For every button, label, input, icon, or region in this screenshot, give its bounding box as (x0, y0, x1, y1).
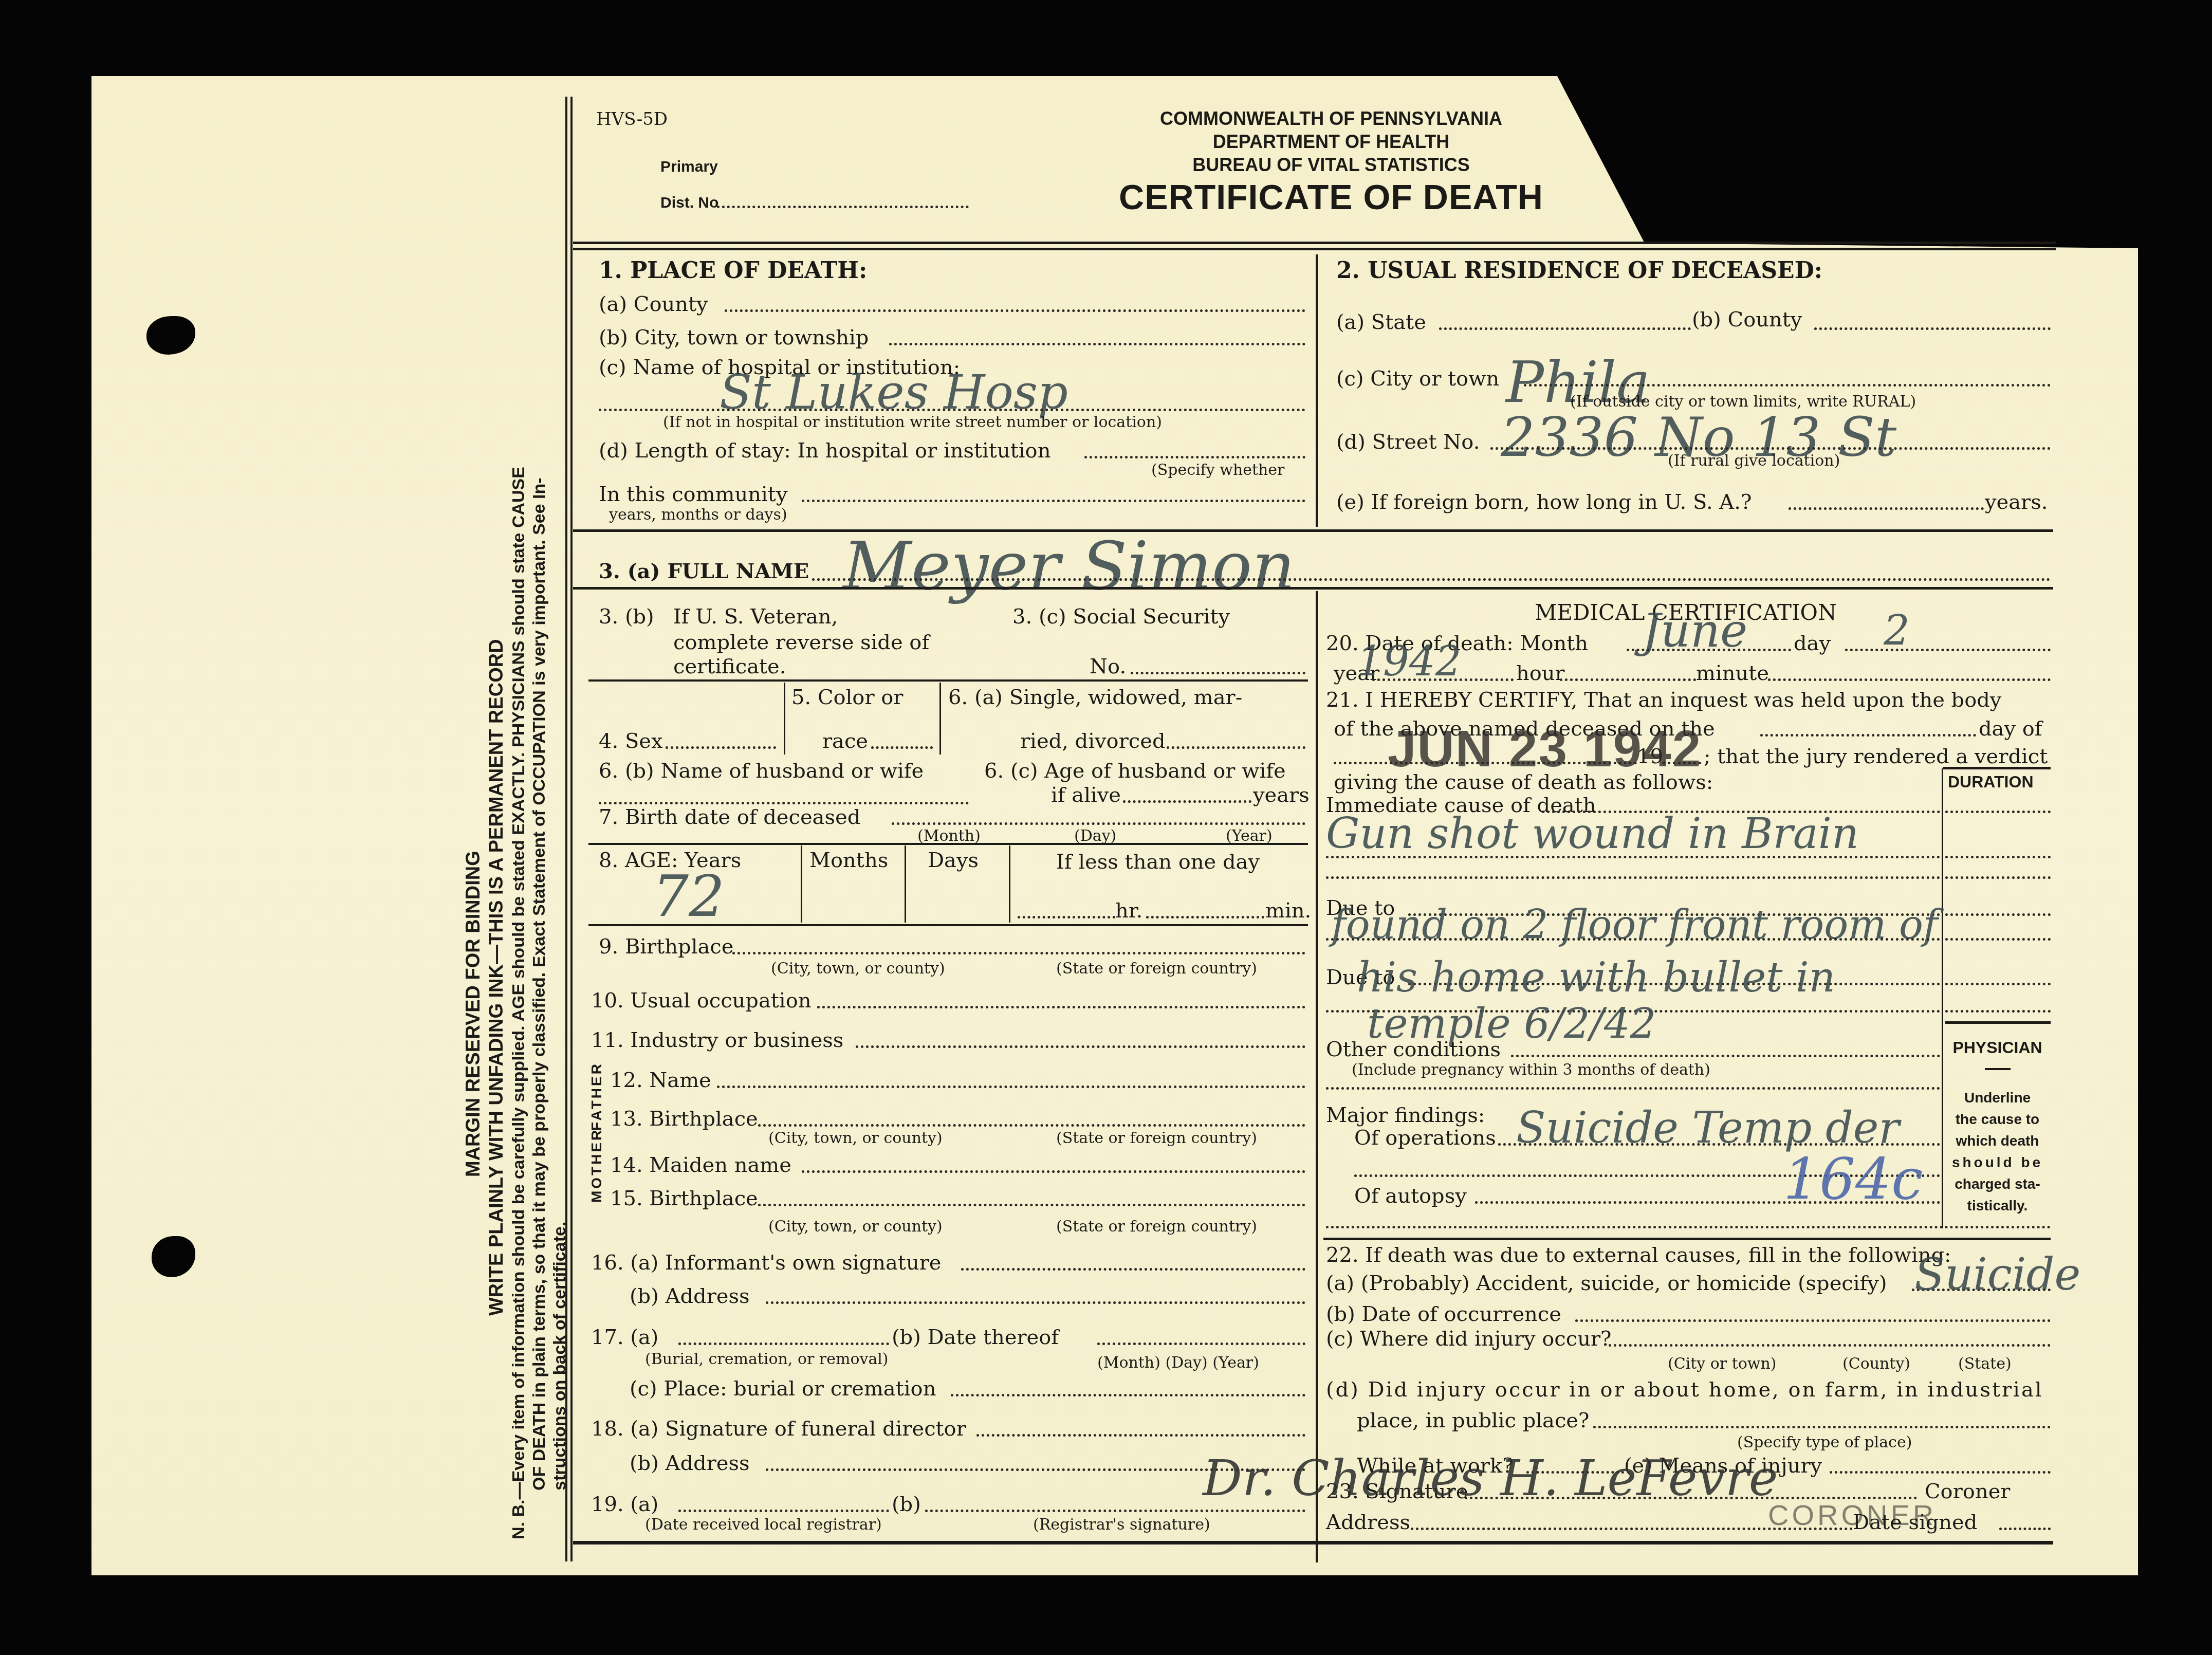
mother-birth-state-note: (State or foreign country) (1056, 1218, 1257, 1236)
spouse-age-field[interactable] (1123, 800, 1251, 803)
specify-place-note: (Specify type of place) (1737, 1434, 1912, 1451)
foreign-field[interactable] (1789, 507, 1984, 510)
external-d-label-2: place, in public place? (1357, 1409, 1589, 1432)
header-rule-2 (573, 248, 2056, 250)
injury-state-note: (State) (1958, 1355, 2012, 1373)
physician-label: PHYSICIAN (1944, 1038, 2051, 1057)
hospital-note: (If not in hospital or institution write… (663, 414, 1162, 431)
spouse-years: years (1253, 784, 1310, 806)
hr-field[interactable] (1018, 916, 1115, 918)
mother-birth-city-note: (City, town, or county) (768, 1218, 943, 1236)
birthplace-city-note: (City, town, or county) (771, 960, 945, 978)
industry-label: 11. Industry or business (591, 1029, 843, 1052)
received-date-stamp: JUN 23 1942 (1388, 720, 1702, 779)
operations-label: Of operations (1354, 1127, 1496, 1149)
months-label: Months (809, 849, 888, 872)
form-code: HVS-5D (596, 108, 668, 131)
hour-label: hour (1516, 662, 1565, 685)
external-a-value: Suicide (1914, 1249, 2080, 1300)
res-county-field[interactable] (1814, 327, 2051, 330)
full-name-field[interactable] (812, 578, 2051, 581)
agency-line-3: BUREAU OF VITAL STATISTICS (1105, 154, 1557, 176)
column-divider-top (1316, 254, 1318, 527)
mother-birthplace-label: 15. Birthplace (610, 1187, 758, 1210)
birthplace-label: 9. Birthplace (599, 935, 733, 958)
burial-mdy-note: (Month) (Day) (Year) (1097, 1354, 1259, 1372)
external-c-label: (c) Where did injury occur? (1326, 1328, 1611, 1350)
community-field[interactable] (802, 500, 1305, 502)
autopsy-field-2[interactable] (1326, 1226, 2051, 1228)
funeral-director-label: 18. (a) Signature of funeral director (591, 1418, 966, 1440)
birth-day-note: (Day) (1074, 827, 1116, 845)
burial-date-field[interactable] (1097, 1343, 1305, 1345)
birth-month-note: (Month) (917, 827, 981, 845)
community-label: In this community (599, 483, 787, 506)
spouse-name-label: 6. (b) Name of husband or wife (599, 760, 924, 782)
date-signed-label: Date signed (1853, 1511, 1977, 1534)
page-title: CERTIFICATE OF DEATH (1079, 177, 1583, 217)
physician-top-rule (1945, 1021, 2051, 1024)
underline-note-line-1: Underline (1944, 1087, 2051, 1109)
external-c-field[interactable] (1609, 1344, 2051, 1347)
father-tag: FATHER (588, 1062, 605, 1131)
father-birthplace-field[interactable] (758, 1124, 1305, 1127)
form-left-border-inner (570, 97, 573, 1561)
other-conditions-field[interactable] (1511, 1055, 1940, 1057)
funeral-address-label: (b) Address (630, 1452, 749, 1475)
injury-city-note: (City or town) (1668, 1355, 1777, 1373)
day-label: day (1794, 632, 1831, 655)
veteran-number: 3. (b) (599, 605, 654, 628)
mother-maiden-field[interactable] (802, 1170, 1305, 1173)
immediate-duration-field[interactable] (1945, 811, 2051, 813)
mother-maiden-label: 14. Maiden name (610, 1154, 791, 1176)
other-conditions-note: (Include pregnancy within 3 months of de… (1352, 1061, 1710, 1079)
dist-no-field[interactable] (717, 206, 969, 208)
external-a-label: (a) (Probably) Accident, suicide, or hom… (1326, 1272, 1887, 1295)
father-birth-state-note: (State or foreign country) (1056, 1130, 1257, 1147)
divider-years (801, 845, 802, 923)
death-minute-field[interactable] (1768, 678, 2051, 681)
signature-value: Dr. Charles H. LeFevre (1203, 1449, 1778, 1507)
divider-days (1009, 845, 1010, 923)
birth-date-field[interactable] (892, 822, 1305, 825)
sex-label: 4. Sex (599, 730, 663, 752)
foreign-suffix: years. (1985, 491, 2048, 513)
rule-external-top (1323, 1238, 2051, 1240)
veteran-line-2: complete reverse side of (673, 631, 929, 654)
days-label: Days (928, 849, 979, 872)
registrar-date-field[interactable] (678, 1510, 889, 1512)
county-label: (a) County (599, 293, 708, 316)
underline-note-line-2: the cause to (1944, 1109, 2051, 1130)
color-label-2: race (822, 730, 868, 752)
min-field[interactable] (1146, 916, 1264, 918)
external-heading: 22. If death was due to external causes,… (1326, 1244, 1951, 1266)
mother-tag: MOTHER (588, 1128, 605, 1203)
other-conditions-field-2[interactable] (1326, 1087, 1940, 1090)
registrar-date-note: (Date received local registrar) (645, 1516, 882, 1534)
due-to-value-1: found on 2 floor front room of (1331, 902, 1938, 948)
external-d-label: (d) Did injury occur in or about home, o… (1326, 1378, 2043, 1401)
birth-year-note: (Year) (1226, 827, 1273, 845)
underline-note: Underline the cause to which death shoul… (1944, 1087, 2051, 1217)
father-name-field[interactable] (717, 1086, 1305, 1088)
other-conditions-label: Other conditions (1326, 1038, 1501, 1061)
dist-no-label: Dist. No (660, 194, 718, 212)
inquest-day-field[interactable] (1760, 734, 1976, 737)
min-label: min. (1265, 899, 1311, 922)
occupation-label: 10. Usual occupation (591, 989, 812, 1012)
underline-note-line-5: charged sta- (1944, 1173, 2051, 1195)
mother-birthplace-field[interactable] (758, 1204, 1305, 1206)
registrar-signature-note: (Registrar's signature) (1033, 1516, 1210, 1534)
immediate-cause-value: Gun shot wound in Brain (1326, 810, 1859, 858)
external-b-label: (b) Date of occurrence (1326, 1303, 1561, 1326)
margin-reserved-note: MARGIN RESERVED FOR BINDING (463, 851, 485, 1177)
immediate-duration-field-2[interactable] (1945, 856, 2051, 858)
coroner-address-field[interactable] (1411, 1528, 1853, 1530)
birth-date-label: 7. Birth date of deceased (599, 806, 860, 829)
death-month-field[interactable] (1627, 649, 1791, 651)
age-value: 72 (653, 863, 725, 929)
street-note: (If rural give location) (1668, 452, 1840, 470)
due-to-duration-1b[interactable] (1945, 938, 2051, 941)
spouse-age-line-2: if alive (1051, 784, 1121, 806)
death-hour-field[interactable] (1560, 678, 1696, 681)
father-birth-city-note: (City, town, or county) (768, 1130, 943, 1147)
father-birthplace-label: 13. Birthplace (610, 1108, 758, 1130)
primary-label: Primary (660, 158, 718, 176)
certify-line-1: 21. I HEREBY CERTIFY, That an inquest wa… (1326, 689, 2001, 711)
birthplace-state-note: (State or foreign country) (1056, 960, 1257, 978)
marital-label-1: 6. (a) Single, widowed, mar- (948, 686, 1242, 709)
margin-nb-line1: N. B.—Every item of information should b… (509, 467, 529, 1539)
form-left-border (565, 97, 567, 1561)
place-of-death-heading: 1. PLACE OF DEATH: (599, 260, 867, 282)
underline-note-line-3: which death (1944, 1130, 2051, 1152)
res-city-label: (c) City or town (1336, 367, 1499, 390)
duration-label: DURATION (1948, 773, 2034, 792)
informant-field[interactable] (961, 1268, 1305, 1271)
funeral-director-field[interactable] (976, 1434, 1305, 1437)
city-label: (b) City, town or township (599, 326, 869, 349)
street-field[interactable] (1490, 447, 2051, 450)
full-name-value: Meyer Simon (843, 527, 1295, 605)
section-rule-name-bottom (573, 587, 2053, 590)
community-note: years, months or days) (609, 506, 787, 524)
duration-divider (1942, 768, 1943, 1228)
foreign-label: (e) If foreign born, how long in U. S. A… (1336, 491, 1752, 513)
external-d-field[interactable] (1593, 1426, 2051, 1428)
less-than-day-label: If less than one day (1056, 851, 1260, 873)
form-bottom-rule (573, 1541, 2053, 1544)
means-field[interactable] (1830, 1471, 2051, 1474)
death-day-value: 2 (1884, 606, 1910, 654)
burial-place-field[interactable] (951, 1394, 1305, 1396)
agency-line-2: DEPARTMENT OF HEALTH (1105, 131, 1557, 153)
informant-address-field[interactable] (766, 1301, 1305, 1304)
ss-field[interactable] (1131, 672, 1305, 674)
res-city-field[interactable] (1524, 384, 2051, 387)
industry-field[interactable] (856, 1045, 1305, 1048)
veteran-line-3: certificate. (673, 655, 786, 678)
informant-label: 16. (a) Informant's own signature (591, 1252, 941, 1274)
external-b-field[interactable] (1575, 1319, 2051, 1322)
registrar-a-label: 19. (a) (591, 1493, 658, 1516)
registrar-signature-field[interactable] (925, 1510, 1305, 1512)
rule-sex-top (588, 679, 1308, 682)
due-to-duration-2[interactable] (1945, 983, 2051, 985)
burial-date-label: (b) Date thereof (892, 1326, 1059, 1349)
ss-no-label: No. (1090, 655, 1126, 678)
autopsy-value: 164c (1783, 1146, 1923, 1212)
ss-label: 3. (c) Social Security (1012, 605, 1230, 628)
marital-field[interactable] (1167, 746, 1305, 749)
injury-county-note: (County) (1842, 1355, 1910, 1373)
spouse-name-field[interactable] (599, 802, 969, 804)
full-name-label: 3. (a) FULL NAME (599, 560, 809, 583)
rule-age-top (588, 843, 1308, 845)
underline-note-line-4: should be (1944, 1152, 2051, 1173)
due-to-duration-2b[interactable] (1945, 1010, 2051, 1013)
address-label: Address (1326, 1511, 1410, 1534)
section-rule-name-top (573, 529, 2053, 532)
cause-spacer-duration[interactable] (1945, 876, 2051, 879)
agency-line-1: COMMONWEALTH OF PENNSYLVANIA (1105, 108, 1557, 130)
registrar-b-label: (b) (892, 1493, 921, 1516)
street-label: (d) Street No. (1336, 431, 1480, 453)
state-label: (a) State (1336, 311, 1426, 334)
burial-label: 17. (a) (591, 1326, 658, 1349)
cause-spacer-field[interactable] (1326, 876, 1940, 879)
spouse-age-label: 6. (c) Age of husband or wife (984, 760, 1286, 782)
burial-place-label: (c) Place: burial or cremation (630, 1377, 936, 1400)
burial-field[interactable] (678, 1343, 889, 1345)
operations-value: Suicide Temp der (1516, 1102, 1900, 1153)
color-label-1: 5. Color or (791, 686, 903, 709)
duration-top-rule (1943, 767, 2051, 769)
state-field[interactable] (1439, 327, 1691, 330)
certify-line-2b: day of (1979, 718, 2042, 740)
hospital-field[interactable] (599, 409, 1305, 411)
coroner-label: Coroner (1925, 1480, 2010, 1503)
residence-heading: 2. USUAL RESIDENCE OF DECEASED: (1336, 260, 1822, 282)
due-to-duration-1[interactable] (1945, 913, 2051, 916)
birthplace-field[interactable] (732, 952, 1305, 954)
res-county-label: (b) County (1692, 308, 1802, 331)
burial-note: (Burial, cremation, or removal) (645, 1351, 889, 1368)
hospital-value: St Lukes Hosp (720, 365, 1068, 420)
divider-sex (784, 683, 785, 755)
header-rule-1 (573, 242, 2056, 244)
race-field[interactable] (871, 746, 933, 749)
certify-line-3b: ; that the jury rendered a verdict (1704, 745, 2048, 768)
due-to-value-2: his home with bullet in (1357, 953, 1835, 1001)
column-divider-main (1316, 591, 1318, 1562)
occupation-field[interactable] (817, 1006, 1305, 1008)
margin-nb-line2: OF DEATH in plain terms, so that it may … (529, 477, 549, 1491)
stay-label: (d) Length of stay: In hospital or insti… (599, 439, 1050, 462)
father-name-label: 12. Name (610, 1069, 711, 1092)
rule-age-bottom (588, 924, 1308, 926)
hr-label: hr. (1115, 899, 1142, 922)
stay-note: (Specify whether (1151, 462, 1284, 479)
county-field[interactable] (725, 309, 1305, 312)
date-signed-field[interactable] (1999, 1528, 2051, 1530)
underline-note-line-6: tistically. (1944, 1195, 2051, 1217)
death-day-field[interactable] (1845, 649, 2051, 651)
autopsy-label: Of autopsy (1354, 1185, 1467, 1207)
death-year-field[interactable] (1372, 678, 1514, 681)
sex-field[interactable] (666, 746, 776, 749)
margin-write-plainly: WRITE PLAINLY WITH UNFADING INK—THIS IS … (486, 639, 508, 1316)
minute-label: minute (1696, 662, 1769, 685)
marital-label-2: ried, divorced (1020, 730, 1166, 752)
immediate-cause-field-2[interactable] (1326, 856, 1940, 858)
major-findings-label: Major findings: (1326, 1104, 1485, 1127)
city-field[interactable] (889, 343, 1305, 345)
informant-address-label: (b) Address (630, 1285, 749, 1308)
divider-months (905, 845, 906, 923)
veteran-line-1: If U. S. Veteran, (673, 605, 838, 628)
physician-dash (1985, 1068, 2011, 1070)
divider-color (939, 683, 941, 755)
stay-field[interactable] (1084, 456, 1305, 458)
due-to-field-1b[interactable] (1326, 938, 1940, 941)
